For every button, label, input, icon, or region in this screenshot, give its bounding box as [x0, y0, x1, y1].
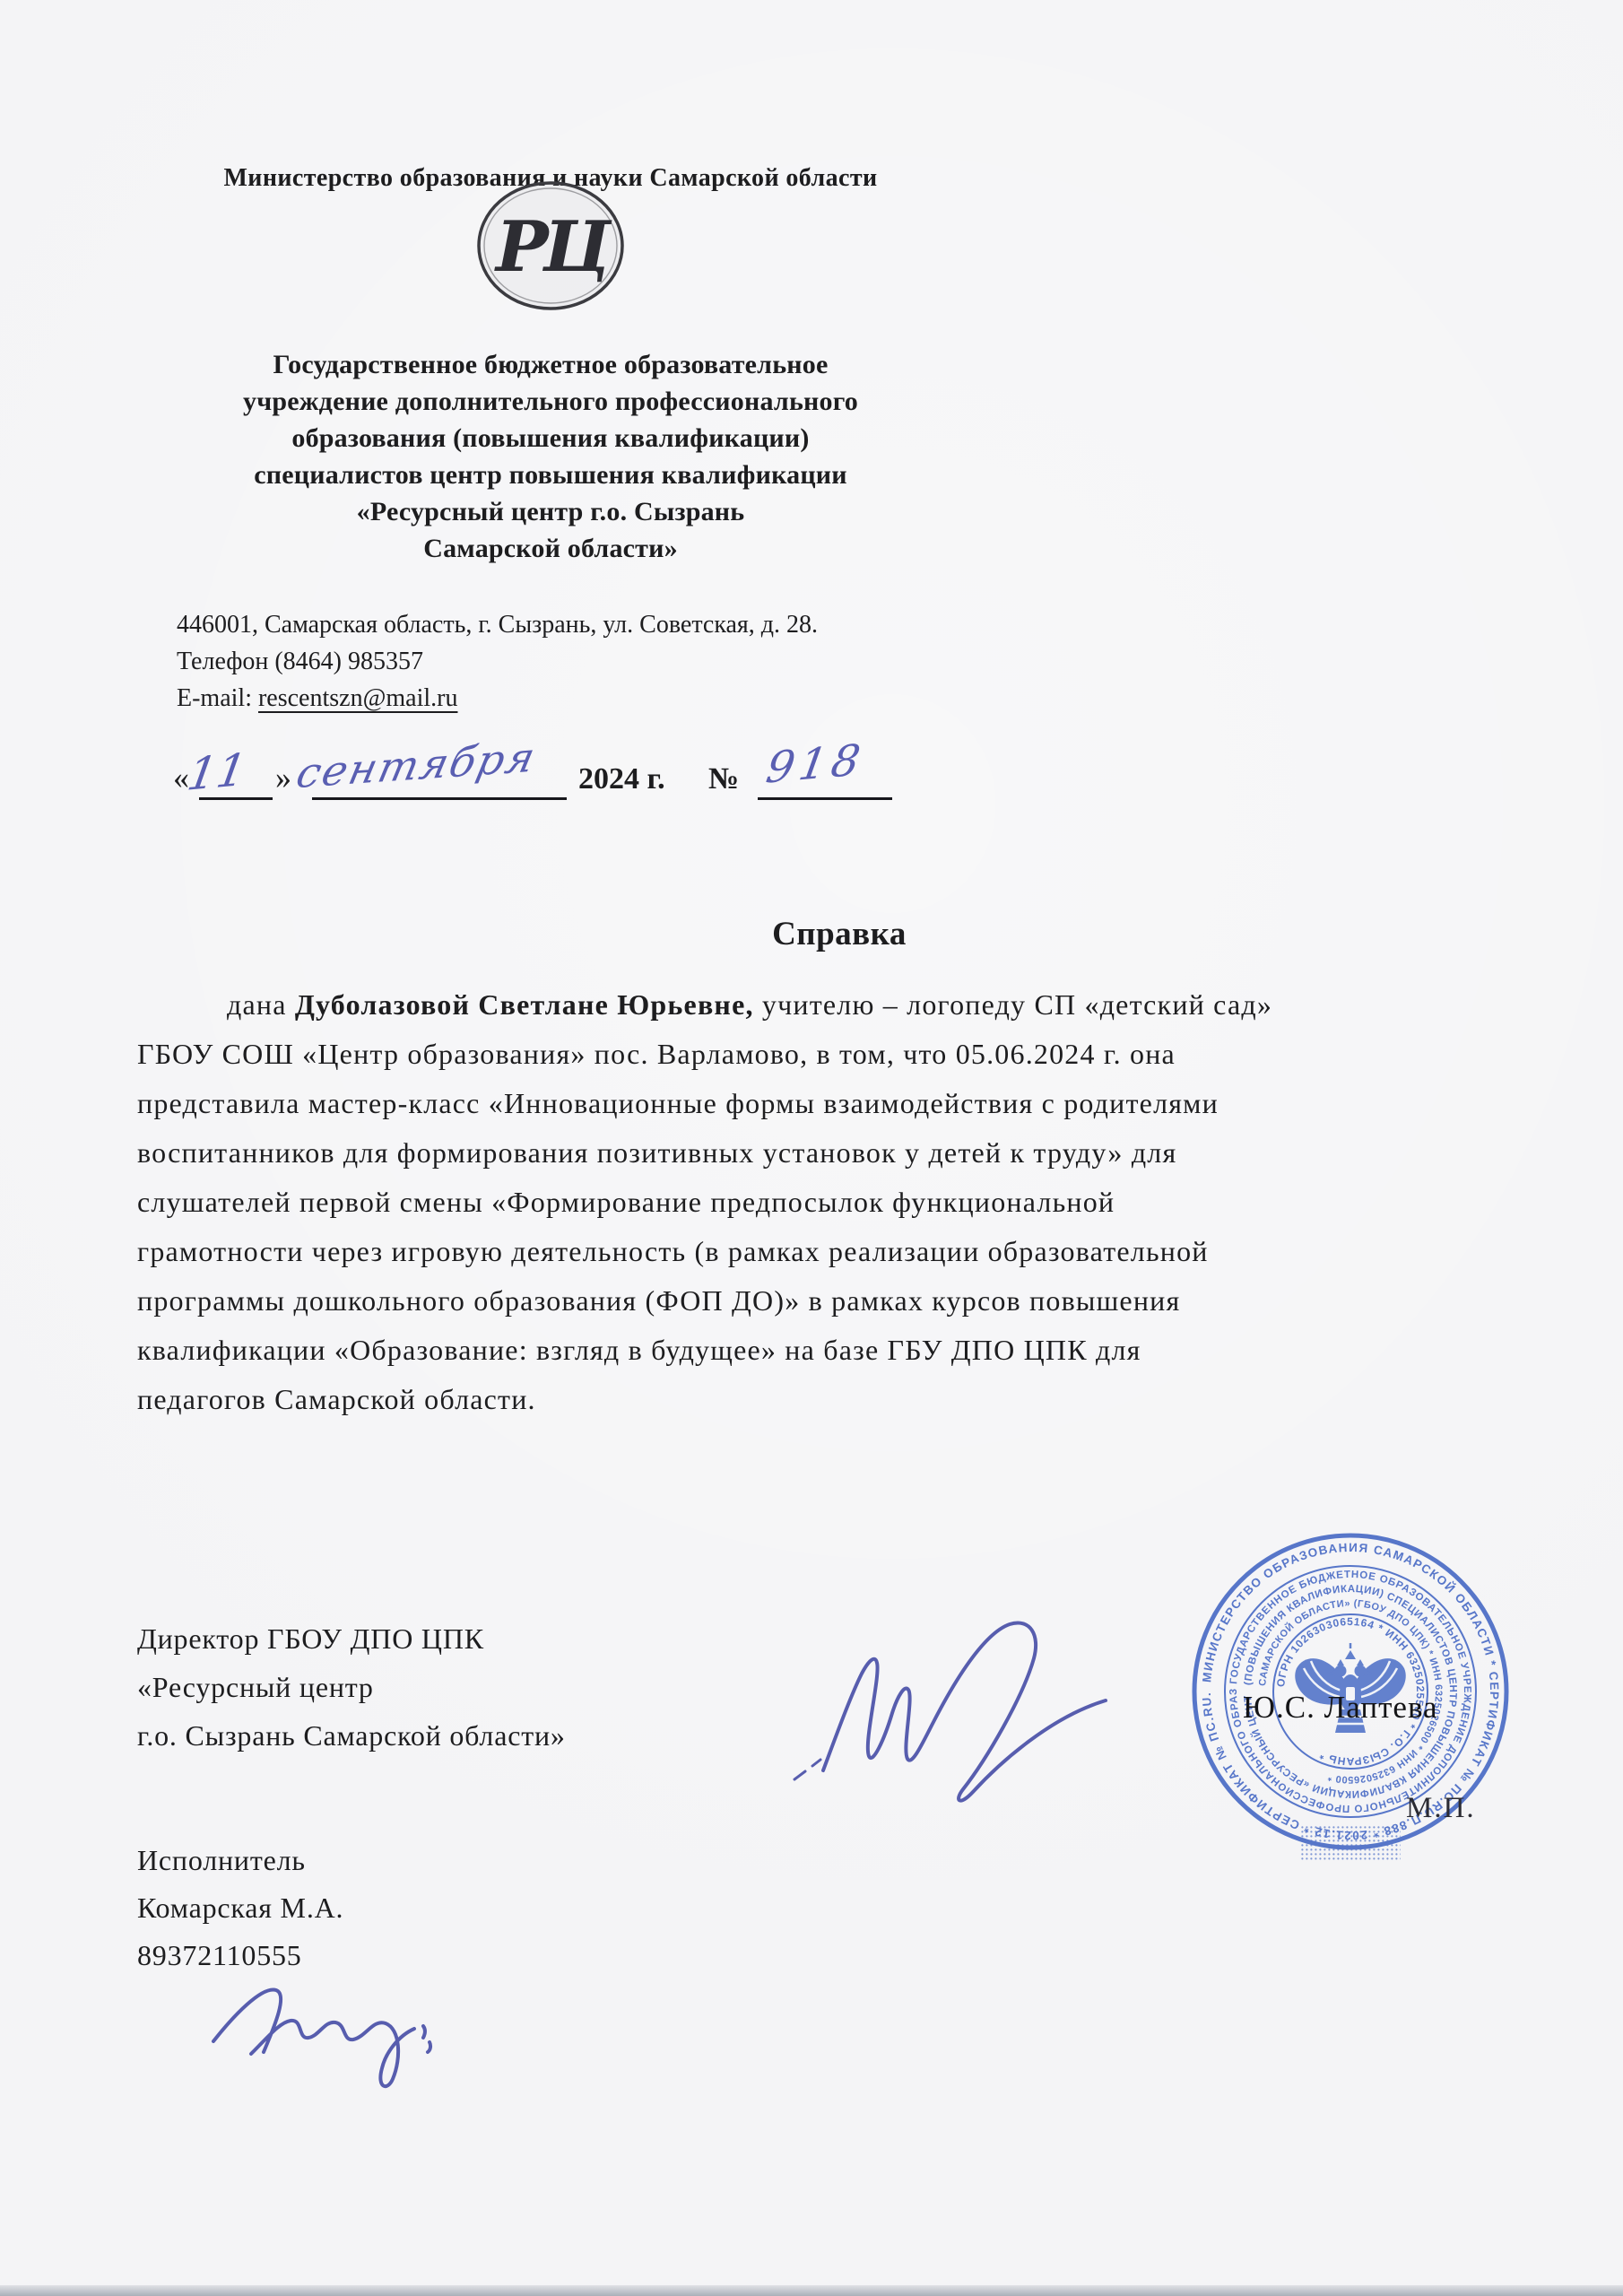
body-line: программы дошкольного образования (ФОП Д… [137, 1276, 1554, 1326]
org-name-line: Самарской области» [147, 530, 954, 567]
seal-place-mark: М.П. [1406, 1792, 1476, 1825]
org-name-line: образования (повышения квалификации) [147, 420, 954, 457]
number-sign: № [708, 762, 739, 796]
body-line: представила мастер-класс «Инновационные … [137, 1079, 1554, 1128]
address-line: 446001, Самарская область, г. Сызрань, у… [177, 606, 818, 643]
executor-label: Исполнитель [137, 1837, 343, 1884]
director-name: Ю.С. Лаптева [1243, 1690, 1438, 1726]
handwritten-day: 11 [184, 744, 250, 800]
stamp-certificate-barcode [1300, 1826, 1401, 1860]
executor-signature [195, 1935, 464, 2101]
recipient-name: Дуболазовой Светлане Юрьевне, [295, 988, 754, 1021]
handwritten-number: 918 [763, 735, 869, 793]
director-signature [778, 1607, 1119, 1818]
logo-monogram: РЦ [494, 206, 612, 288]
contact-block: 446001, Самарская область, г. Сызрань, у… [177, 606, 818, 717]
body-paragraph: дана Дуболазовой Светлане Юрьевне, учите… [137, 980, 1554, 1424]
body-line: квалификации «Образование: взгляд в буду… [137, 1326, 1554, 1375]
scanned-document-page: Министерство образования и науки Самарск… [0, 0, 1623, 2296]
director-position-block: Директор ГБОУ ДПО ЦПК «Ресурсный центр г… [137, 1614, 566, 1760]
number-underline [758, 797, 892, 800]
document-title: Справка [660, 915, 1019, 953]
org-name-line: Государственное бюджетное образовательно… [147, 346, 954, 383]
date-quote-close: » [275, 759, 291, 796]
org-name-block: Государственное бюджетное образовательно… [147, 346, 954, 567]
scan-edge-shadow [0, 2285, 1623, 2296]
org-name-line: учреждение дополнительного профессиональ… [147, 383, 954, 420]
email-line: E-mail: rescentszn@mail.ru [177, 680, 818, 717]
director-position-line: г.о. Сызрань Самарской области» [137, 1711, 566, 1760]
date-year: 2024 г. [578, 762, 665, 796]
org-logo-oval: РЦ [473, 178, 628, 316]
body-line: слушателей первой смены «Формирование пр… [137, 1178, 1554, 1227]
director-position-line: «Ресурсный центр [137, 1663, 566, 1711]
phone-line: Телефон (8464) 985357 [177, 643, 818, 680]
body-line1-post: учителю – логопеду СП «детский сад» [754, 988, 1272, 1021]
email-label: E-mail: [177, 684, 252, 712]
org-name-line: специалистов центр повышения квалификаци… [147, 457, 954, 493]
body-line1-pre: дана [227, 988, 295, 1021]
executor-name: Комарская М.А. [137, 1884, 343, 1932]
month-underline [312, 797, 567, 800]
handwritten-month: сентября [292, 733, 542, 797]
body-line: ГБОУ СОШ «Центр образования» пос. Варлам… [137, 1030, 1554, 1079]
email-address: rescentszn@mail.ru [258, 684, 457, 712]
org-logo: РЦ [473, 178, 628, 316]
org-name-line: «Ресурсный центр г.о. Сызрань [147, 493, 954, 530]
body-line: грамотности через игровую деятельность (… [137, 1227, 1554, 1276]
director-position-line: Директор ГБОУ ДПО ЦПК [137, 1614, 566, 1663]
body-line: дана Дуболазовой Светлане Юрьевне, учите… [137, 980, 1554, 1030]
body-line: воспитанников для формирования позитивны… [137, 1128, 1554, 1178]
body-line: педагогов Самарской области. [137, 1375, 1554, 1424]
